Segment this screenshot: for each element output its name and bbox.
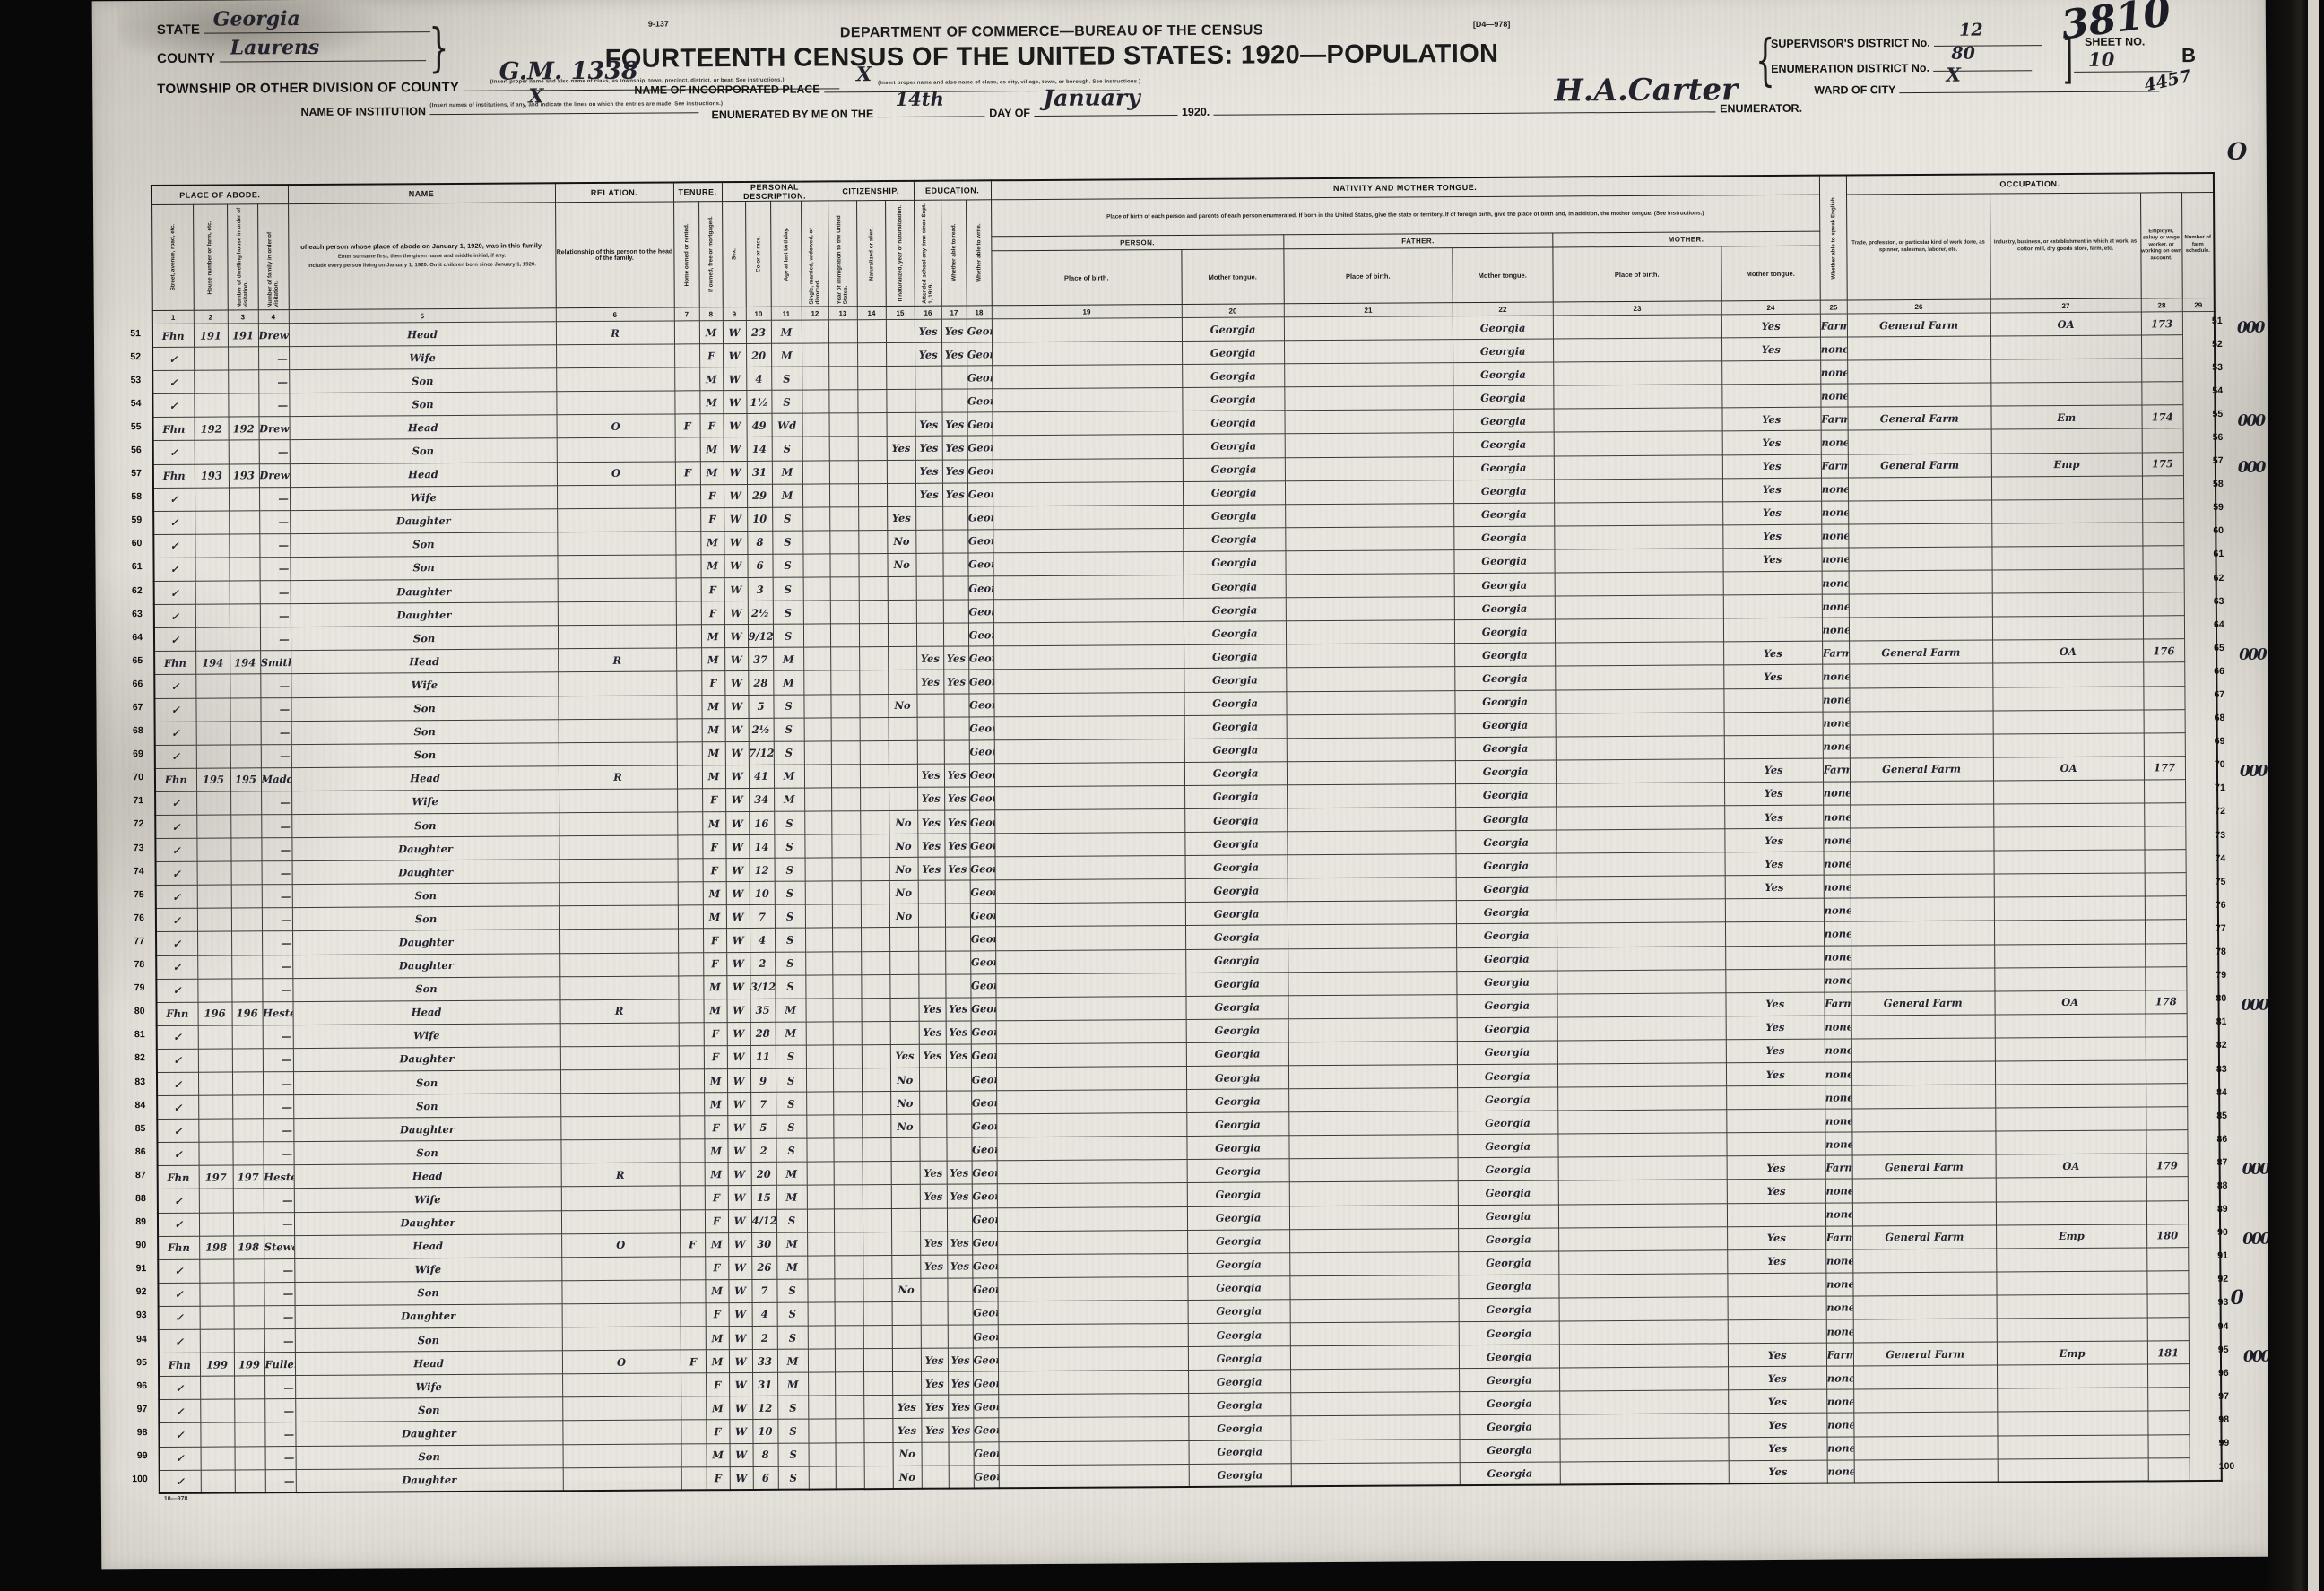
cell-rl: Son [290, 556, 558, 581]
cell-fa [2145, 920, 2186, 943]
cell-rc: W [725, 741, 749, 765]
cell-mg [676, 601, 701, 625]
cell-na [828, 343, 857, 367]
cell-mg: F [681, 1350, 706, 1373]
cell-rd: Yes [921, 1348, 948, 1371]
cell-sx: M [706, 1327, 729, 1350]
census-title: FOURTEENTH CENSUS OF THE UNITED STATES: … [469, 39, 1635, 75]
cell-rd: Yes [920, 1232, 947, 1255]
institution-label: NAME OF INSTITUTION [300, 105, 426, 118]
cell-em [1992, 592, 2143, 617]
line-number-left: 70 [120, 772, 143, 783]
cell-rl: Son [290, 438, 557, 463]
cell-en: Yes [1726, 1062, 1825, 1086]
line-number-left: 79 [121, 982, 144, 993]
cell-tm [1558, 1133, 1727, 1157]
cell-em [1993, 803, 2144, 827]
cell-im [802, 531, 829, 554]
cell-im [802, 507, 829, 531]
cell-en: Yes [1725, 852, 1824, 876]
line-number-left: 94 [124, 1334, 147, 1345]
cell-em [1992, 569, 2143, 593]
cell-nm: —Louise [263, 1119, 293, 1142]
cell-tp [995, 879, 1185, 904]
cell-mr: S [778, 1443, 809, 1466]
line-number-left: 57 [118, 468, 142, 479]
name-header-note1: Enter surname first, then the given name… [294, 253, 550, 261]
cell-tf [1288, 854, 1456, 878]
cell-mg [679, 999, 704, 1022]
cell-st: ✓ [159, 1306, 200, 1329]
cell-rc: W [723, 320, 746, 343]
cell-dw [197, 931, 231, 955]
cell-en: Yes [1727, 1226, 1825, 1250]
cell-rl: Son [291, 813, 559, 838]
cell-en: Yes [1722, 454, 1821, 479]
census-table: PLACE OF ABODE. NAME RELATION. TENURE. P… [151, 172, 2223, 1494]
cell-im [803, 601, 830, 624]
cell-ow [560, 1069, 679, 1094]
line-number-left: 54 [117, 398, 141, 409]
col-sex: Sex. [722, 201, 746, 307]
cell-ag: 1½ [746, 391, 771, 414]
cell-wr [943, 600, 968, 623]
cell-en [1724, 712, 1823, 736]
cell-ny [862, 1021, 890, 1044]
cell-fa [2147, 1318, 2189, 1341]
column-number: 23 [1553, 301, 1721, 316]
cell-tp [993, 458, 1183, 482]
cell-ny [864, 1466, 893, 1489]
line-number-right: 86 [2216, 1134, 2240, 1145]
cell-na [834, 1138, 863, 1162]
cell-sc: No [889, 904, 918, 928]
cell-fm [228, 370, 258, 393]
cell-ag: 11 [750, 1045, 776, 1068]
cell-ny [858, 437, 887, 460]
cell-fm [230, 744, 261, 767]
cell-ny [863, 1326, 892, 1349]
margin-tally-mark: 000 [2238, 459, 2265, 477]
cell-mg [679, 1023, 704, 1046]
cell-pb: Georgia [967, 459, 993, 482]
cell-rl: Daughter [292, 953, 559, 978]
col-farm-schedule: Number of farm schedule. [2181, 192, 2215, 298]
cell-fa [2143, 546, 2184, 569]
line-number-left: 87 [123, 1170, 146, 1180]
cell-tm [1554, 431, 1722, 455]
cell-pm: Georgia [1459, 1275, 1559, 1299]
cell-rd: Yes [921, 1419, 948, 1442]
cell-fa [2141, 359, 2182, 382]
cell-rl: Daughter [290, 602, 558, 627]
cell-rl: Wife [291, 790, 559, 815]
cell-pf: Georgia [1184, 598, 1286, 622]
cell-rc: W [728, 1186, 751, 1209]
cell-pm: Georgia [1454, 619, 1555, 644]
cell-in [1849, 570, 1992, 594]
cell-ny [863, 1396, 892, 1419]
cell-im [808, 1396, 835, 1419]
line-number-right: 65 [2214, 643, 2237, 653]
cell-in: General Farm [1851, 991, 1995, 1016]
cell-wr: Yes [947, 1255, 972, 1278]
scan-right-shadow [2268, 0, 2308, 1591]
cell-tp [995, 973, 1185, 997]
cell-tm [1553, 361, 1721, 385]
cell-na [832, 881, 861, 904]
cell-na [835, 1372, 863, 1396]
cell-ow [558, 601, 676, 626]
cell-mg [676, 578, 701, 601]
cell-ag: 31 [747, 461, 772, 484]
cell-fa [2145, 826, 2186, 850]
cell-rd [918, 974, 945, 998]
cell-tf [1286, 574, 1454, 598]
cell-rl: Son [296, 1444, 563, 1469]
cell-na [829, 506, 858, 530]
cell-mg [678, 929, 703, 952]
cell-tp [997, 1160, 1187, 1184]
cell-im [805, 904, 832, 928]
cell-pb: Georgia [970, 950, 995, 973]
cell-nm: —Robert E [259, 440, 290, 463]
cell-in [1851, 897, 1994, 921]
cell-mr: S [778, 1466, 809, 1490]
column-number: 1 [152, 310, 194, 324]
cell-pm: Georgia [1455, 760, 1556, 784]
cell-mr: S [774, 718, 804, 741]
cell-im [803, 694, 830, 717]
cell-sc [891, 1232, 920, 1255]
cell-in [1853, 1365, 1997, 1389]
cell-fm: 191 [228, 324, 258, 347]
cell-im [805, 881, 832, 904]
cell-rc: W [727, 1022, 750, 1045]
cell-ny [859, 577, 888, 601]
line-number-left: 52 [117, 351, 141, 362]
cell-rc: W [725, 765, 749, 788]
cell-pf: Georgia [1187, 1136, 1289, 1160]
line-number-left: 82 [122, 1052, 145, 1063]
cell-nm: —Frank [260, 697, 290, 721]
cell-ny [860, 764, 889, 787]
cell-ag: 8 [747, 531, 772, 554]
cell-in [1851, 1038, 1995, 1062]
cell-rc: W [724, 671, 748, 695]
cell-wr: Yes [942, 483, 967, 506]
cell-rd: Yes [920, 1185, 947, 1208]
cell-im [802, 437, 829, 460]
cell-ny [863, 1349, 892, 1372]
cell-fm [230, 581, 260, 604]
cell-mr: M [771, 320, 802, 343]
cell-pm: Georgia [1458, 1180, 1558, 1205]
cell-dw [197, 979, 231, 1002]
cell-in: General Farm [1849, 640, 1992, 664]
line-number-left: 88 [123, 1193, 146, 1204]
cell-ag: 20 [746, 343, 771, 367]
cell-na [832, 951, 861, 974]
cell-tf [1289, 1251, 1458, 1275]
cell-mr: S [776, 1045, 806, 1068]
cell-im [802, 367, 828, 390]
cell-nm: Maddox John H. [261, 767, 291, 791]
cell-sx: F [701, 601, 724, 625]
cell-rc: W [724, 554, 748, 577]
cell-rd [919, 1114, 946, 1137]
cell-ag: 3 [748, 577, 773, 601]
cell-pb: Georgia [972, 1231, 997, 1254]
cell-pm: Georgia [1459, 1391, 1559, 1415]
cell-wr: Yes [948, 1395, 973, 1418]
cell-pm: Georgia [1456, 900, 1557, 924]
cell-nm: Drew George W. [258, 324, 289, 347]
cell-tf [1288, 924, 1456, 948]
col-house-number: House number or farm, etc. [193, 204, 228, 310]
cell-wr: Yes [942, 436, 967, 459]
cell-sc: Yes [890, 1044, 919, 1068]
cell-em [1992, 616, 2143, 640]
cell-tp [994, 785, 1184, 809]
cell-rc: W [728, 1256, 751, 1279]
cell-pf: Georgia [1184, 762, 1287, 786]
cell-mr: S [773, 601, 803, 624]
cell-ny [859, 647, 888, 670]
line-number-right: 63 [2214, 596, 2237, 607]
cell-tf [1291, 1462, 1460, 1486]
cell-ow [557, 437, 675, 462]
cell-fa [2145, 896, 2186, 920]
column-number: 22 [1452, 302, 1553, 316]
cell-sc: Yes [892, 1396, 921, 1419]
column-number: 28 [2141, 298, 2182, 312]
cell-sc: No [889, 857, 918, 880]
cell-sx: F [706, 1303, 729, 1327]
cell-sx: M [704, 1069, 727, 1093]
cell-tf [1288, 994, 1457, 1018]
cell-tf [1286, 644, 1454, 668]
cell-fm [232, 1142, 263, 1165]
cell-mg [676, 671, 701, 695]
cell-nm: —Edgar [261, 721, 291, 744]
cell-rc: W [726, 929, 750, 952]
cell-pb: Georgia [970, 927, 995, 950]
cell-na [832, 974, 861, 998]
cell-mr: S [773, 695, 803, 718]
cell-wr [944, 717, 969, 740]
cell-tp [996, 1066, 1186, 1090]
group-occupation: OCCUPATION. [1846, 173, 2214, 195]
line-number-right: 57 [2213, 455, 2236, 466]
col-street: Street, avenue, road, etc. [152, 204, 194, 310]
cell-em [1994, 826, 2145, 851]
cell-pf: Georgia [1189, 1440, 1291, 1464]
cell-oc: Farmer [1823, 758, 1850, 782]
cell-sc: Yes [887, 437, 915, 460]
cell-tf [1289, 1228, 1458, 1252]
cell-wr: Yes [947, 1184, 972, 1207]
nativity-father: FATHER. [1283, 233, 1552, 249]
column-number: 11 [771, 307, 802, 320]
cell-st: ✓ [154, 581, 195, 604]
cell-oc: Farmer [1825, 1155, 1852, 1179]
cell-ag: 2 [751, 1139, 776, 1163]
cell-rl: Head [289, 322, 556, 347]
cell-nm: —Fannie [261, 791, 291, 814]
cell-ag: 7 [751, 1279, 776, 1302]
cell-pb: Georgia [967, 436, 993, 459]
cell-rd [915, 366, 941, 389]
cell-ny [861, 904, 889, 928]
enumeration-value: 80 [1951, 44, 1975, 64]
cell-rc: W [723, 367, 746, 391]
cell-tp [994, 715, 1184, 739]
cell-rc: W [724, 625, 748, 648]
cell-sc: No [889, 694, 917, 717]
cell-mr: S [776, 1068, 806, 1092]
sheet-scrawl: 3810 [2059, 0, 2173, 48]
line-number-left: 64 [119, 632, 143, 643]
cell-dw [195, 627, 230, 651]
cell-tm [1555, 572, 1723, 596]
cell-st: ✓ [152, 347, 194, 370]
cell-rl: Daughter [291, 836, 559, 861]
cell-nm: —Estell [264, 1212, 294, 1235]
cell-oc: none [1826, 1389, 1853, 1413]
cell-rl: Son [292, 883, 559, 908]
cell-ow [559, 882, 678, 906]
cell-wr [941, 366, 967, 389]
cell-mg [675, 532, 700, 555]
cell-rl: Daughter [290, 509, 557, 534]
cell-tf [1285, 526, 1453, 550]
cell-dw [195, 440, 229, 463]
cell-tm [1554, 454, 1722, 479]
cell-pb: Georgia [972, 1207, 997, 1231]
cell-pb: Georgia [973, 1418, 998, 1441]
cell-nm: Stewart Avery [264, 1235, 294, 1258]
cell-pf: Georgia [1188, 1323, 1290, 1347]
cell-na [828, 367, 857, 390]
cell-rc: W [730, 1443, 753, 1466]
cell-tp [994, 762, 1184, 786]
cell-na [835, 1326, 863, 1349]
cell-na [836, 1466, 864, 1489]
cell-pf: Georgia [1187, 1229, 1289, 1253]
cell-rc: W [728, 1279, 751, 1302]
cell-na [828, 390, 857, 413]
cell-ag: 10 [750, 882, 775, 905]
line-number-right: 67 [2214, 689, 2237, 700]
cell-tf [1290, 1345, 1459, 1370]
cell-tf [1291, 1439, 1460, 1463]
cell-dw: 196 [198, 1002, 232, 1025]
cell-pf: Georgia [1183, 411, 1285, 435]
cell-tp [993, 669, 1184, 693]
cell-tf [1288, 947, 1456, 972]
cell-fa [2147, 1364, 2189, 1388]
cell-im [802, 460, 829, 483]
col-home-owned: Home owned or rented. [673, 202, 699, 307]
cell-dw [198, 1119, 232, 1142]
cell-sc [886, 367, 915, 390]
cell-im [807, 1279, 834, 1302]
line-number-right: 68 [2215, 713, 2238, 723]
cell-rd: Yes [920, 1161, 947, 1184]
cell-pm: Georgia [1453, 526, 1554, 550]
cell-fm [231, 955, 262, 978]
cell-pm: Georgia [1453, 409, 1554, 433]
cell-ag: 4 [752, 1302, 777, 1326]
cell-en [1725, 898, 1824, 922]
cell-pm: Georgia [1453, 480, 1554, 504]
cell-rl: Son [291, 742, 559, 767]
cell-dw [197, 955, 231, 979]
cell-mr: S [775, 929, 805, 952]
cell-mg [681, 1327, 706, 1350]
cell-wr: Yes [943, 646, 968, 670]
cell-mr: M [771, 343, 802, 367]
cell-nm: Drew Willie H [259, 463, 290, 487]
cell-ny [859, 670, 888, 694]
cell-ow: O [562, 1350, 681, 1374]
cell-wr [945, 950, 970, 973]
institution-field: NAME OF INSTITUTION X (Insert names of i… [300, 99, 698, 120]
cell-im [802, 320, 828, 343]
cell-tf [1287, 808, 1455, 832]
cell-pb: Georgia [971, 998, 996, 1021]
cell-mg [677, 812, 702, 835]
cell-sc [891, 1185, 920, 1208]
cell-dw [194, 347, 228, 370]
enumerated-year: 1920. [1182, 106, 1210, 118]
cell-ag: 35 [750, 999, 776, 1022]
cell-pb: Georgia [970, 973, 995, 997]
cell-im [803, 577, 830, 601]
cell-em [1997, 1364, 2147, 1388]
cell-mg [681, 1303, 706, 1327]
column-number: 12 [802, 307, 828, 320]
cell-rd: Yes [917, 810, 944, 834]
cell-dw [200, 1422, 234, 1446]
cell-ny [862, 1115, 890, 1138]
cell-sx: F [705, 1256, 728, 1279]
cell-sc [888, 670, 916, 694]
cell-rc: W [725, 835, 749, 859]
cell-pf: Georgia [1186, 1019, 1288, 1043]
cell-im [802, 413, 829, 437]
cell-pf: Georgia [1182, 317, 1284, 342]
cell-rd [918, 951, 945, 974]
col-race: Color or race. [745, 201, 771, 307]
cell-mr: S [772, 507, 802, 531]
cell-st: ✓ [152, 370, 194, 393]
cell-ag: 15 [751, 1186, 776, 1209]
cell-st: ✓ [158, 1283, 199, 1306]
cell-oc: none [1825, 1132, 1852, 1155]
cell-na [834, 1255, 863, 1278]
cell-st: ✓ [158, 1189, 199, 1213]
cell-fa [2147, 1388, 2189, 1411]
cell-pb: Georgia [969, 739, 994, 763]
cell-pm: Georgia [1460, 1462, 1560, 1486]
cell-na [829, 483, 858, 506]
line-number-right: 96 [2218, 1368, 2242, 1379]
cell-ow [558, 671, 676, 696]
col-age: Age at last birthday. [770, 201, 802, 307]
cell-pm: Georgia [1457, 1041, 1557, 1065]
